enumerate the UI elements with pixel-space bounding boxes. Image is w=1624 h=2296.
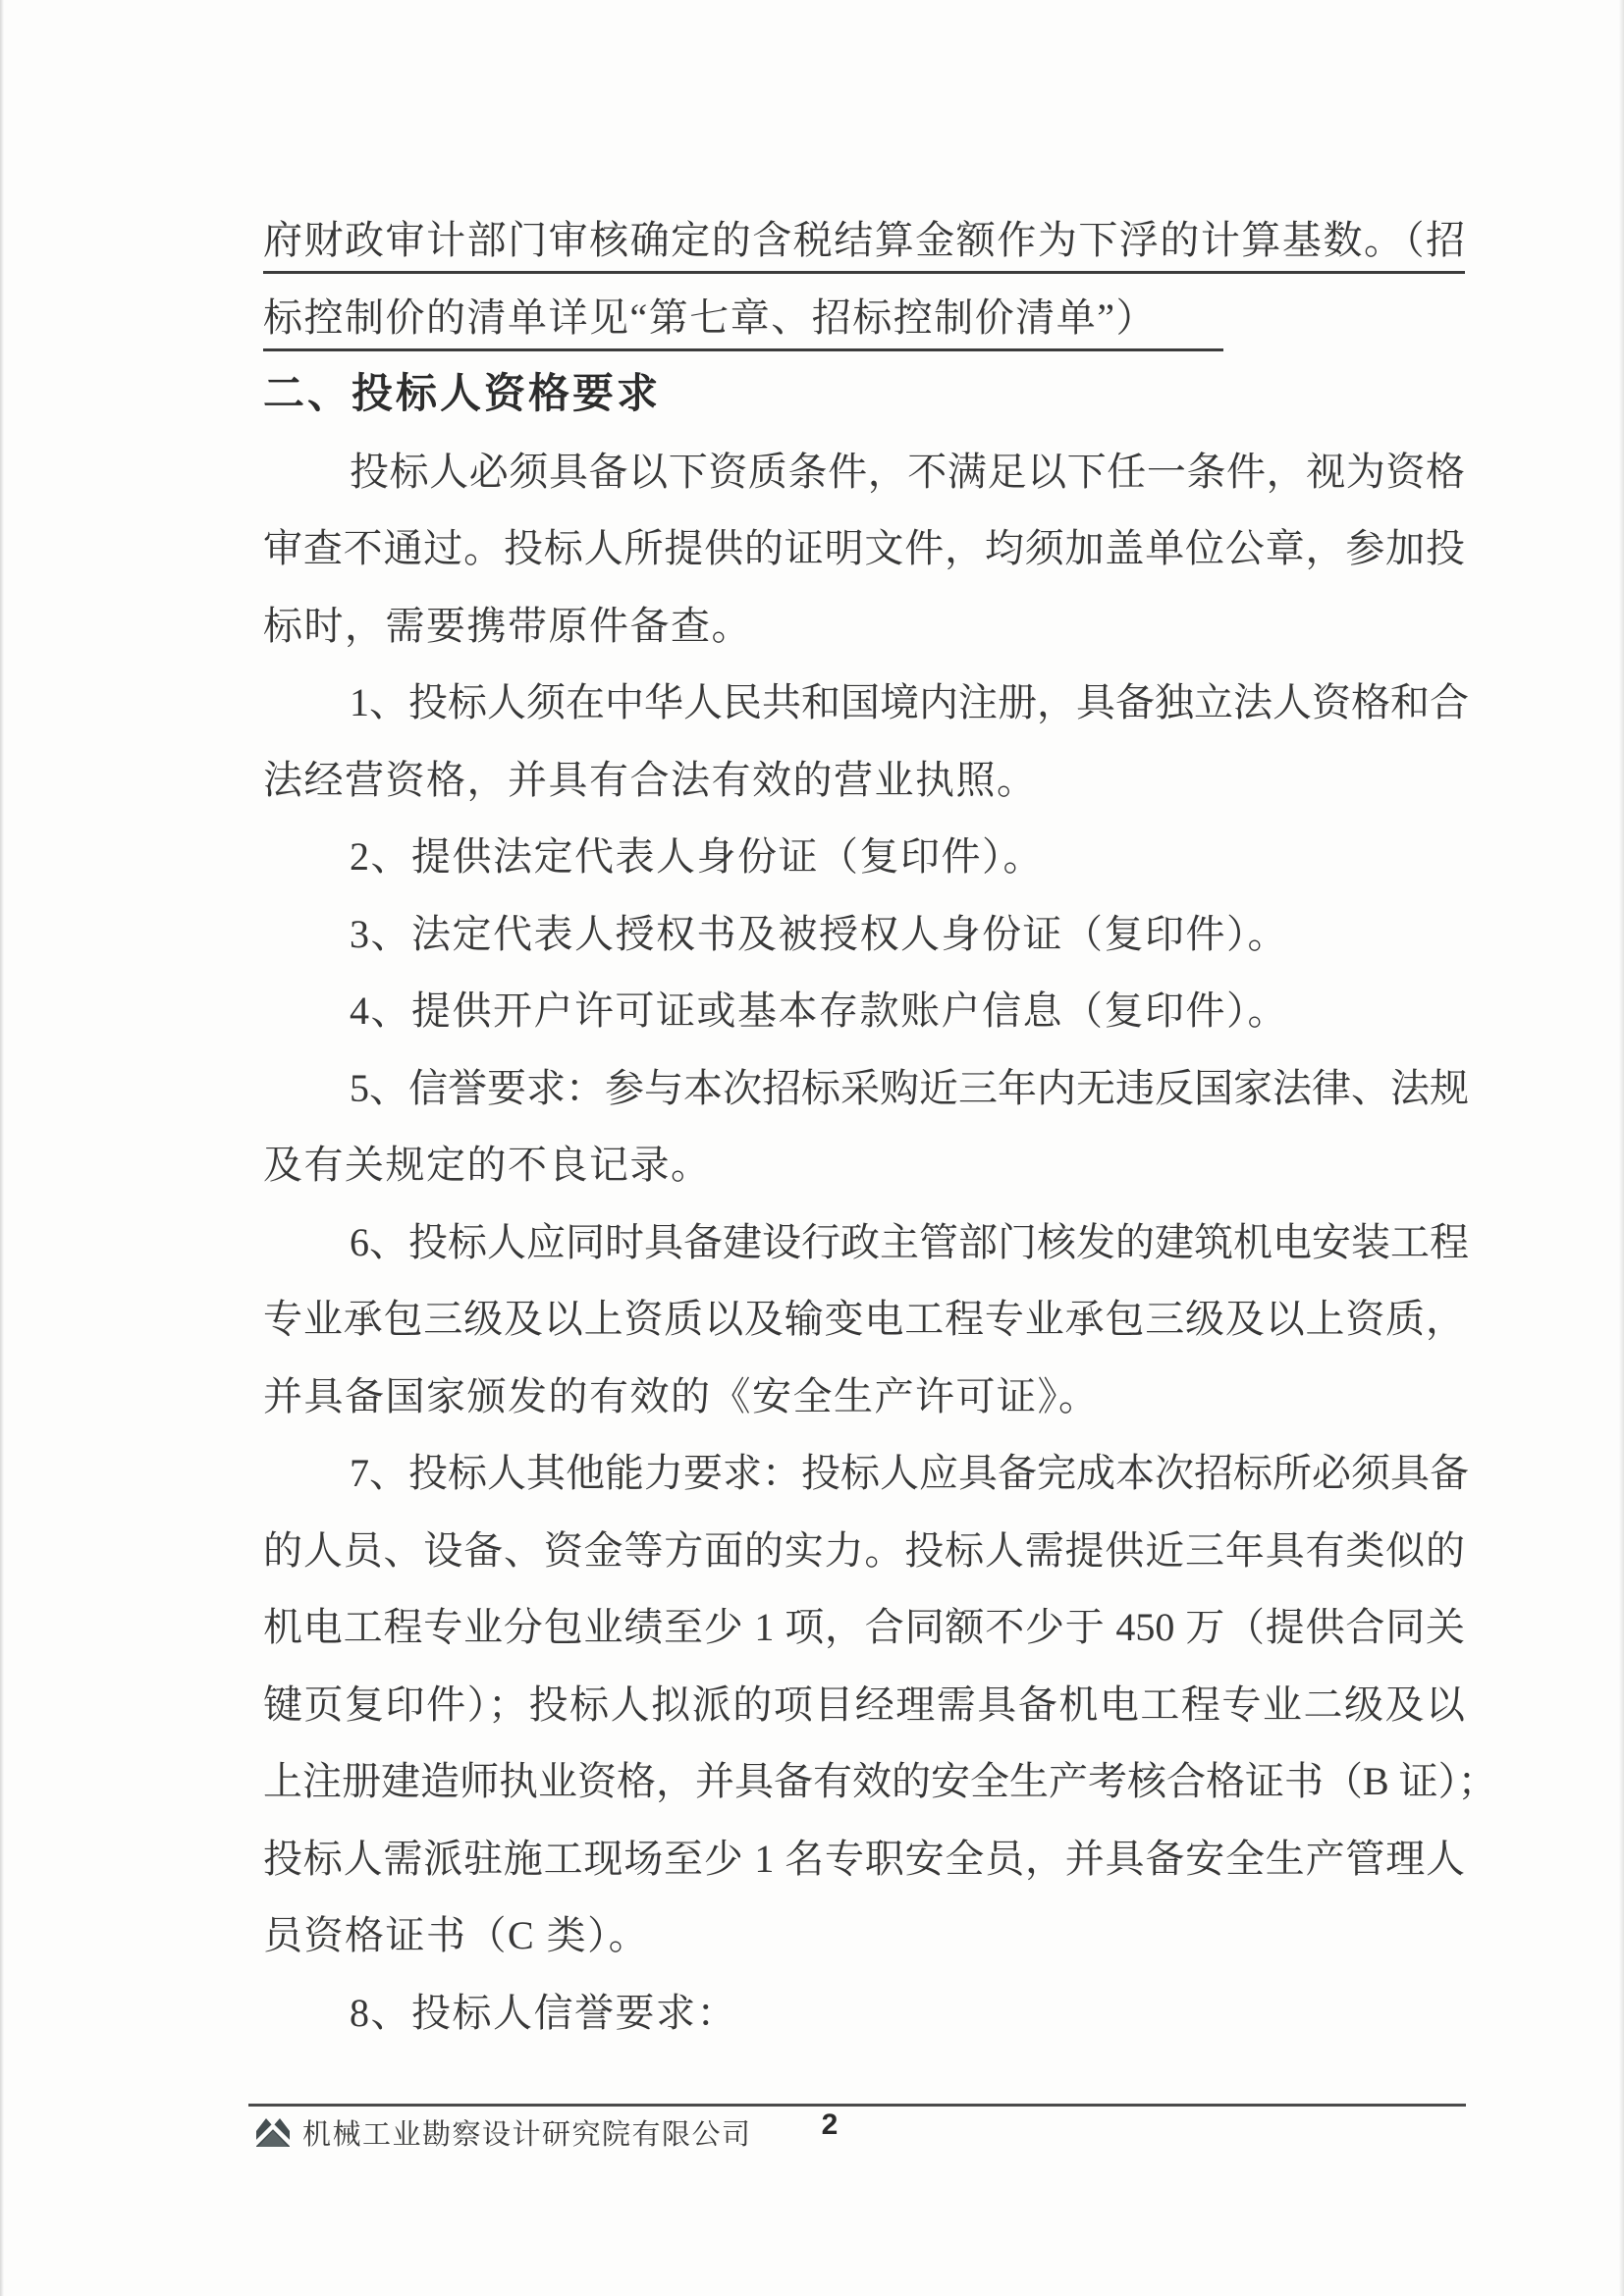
line-text: 审查不通过。投标人所提供的证明文件，均须加盖单位公章，参加投 [263,525,1465,572]
text-line: 并具备国家颁发的有效的《安全生产许可证》。 [263,1356,1465,1433]
line-text: 并具备国家颁发的有效的《安全生产许可证》。 [263,1373,1100,1420]
line-text: 专业承包三级及以上资质以及输变电工程专业承包三级及以上资质， [263,1296,1465,1343]
text-line-item-2: 2、提供法定代表人身份证（复印件）。 [263,816,1465,893]
line-text: 投标人必须具备以下资质条件，不满足以下任一条件，视为资格 [350,449,1465,496]
line-text: 键页复印件）；投标人拟派的项目经理需具备机电工程专业二级及以 [263,1682,1465,1729]
line-text: 机电工程专业分包业绩至少 1 项，合同额不少于 450 万（提供合同关 [263,1604,1465,1651]
text-line-item-3: 3、法定代表人授权书及被授权人身份证（复印件）。 [263,893,1465,971]
line-text: 3、法定代表人授权书及被授权人身份证（复印件）。 [350,911,1288,958]
document-text-block: 府财政审计部门审核确定的含税结算金额作为下浮的计算基数。（招 标控制价的清单详见… [263,199,1465,2049]
text-line-item-5: 5、信誉要求：参与本次招标采购近三年内无违反国家法律、法规 [263,1047,1465,1125]
line-text: 1、投标人须在中华人民共和国境内注册，具备独立法人资格和合 [350,679,1465,726]
line-text: 标控制价的清单详见“第七章、招标控制价清单”） [263,294,1223,351]
line-text: 府财政审计部门审核确定的含税结算金额作为下浮的计算基数。（招 [263,217,1465,274]
mountain-logo-icon [253,2115,293,2151]
page-footer: 机械工业勘察设计研究院有限公司 [253,2112,752,2153]
line-text: 2、提供法定代表人身份证（复印件）。 [350,833,1044,881]
text-line: 标时，需要携带原件备查。 [263,585,1465,663]
line-text: 7、投标人其他能力要求：投标人应具备完成本次招标所必须具备 [350,1450,1465,1497]
text-line-item-6: 6、投标人应同时具备建设行政主管部门核发的建筑机电安装工程 [263,1201,1465,1279]
heading-text: 二、投标人资格要求 [263,371,661,418]
text-line: 及有关规定的不良记录。 [263,1124,1465,1201]
line-text: 员资格证书（C 类）。 [263,1912,649,1959]
text-line: 审查不通过。投标人所提供的证明文件，均须加盖单位公章，参加投 [263,507,1465,585]
text-line-item-1: 1、投标人须在中华人民共和国境内注册，具备独立法人资格和合 [263,662,1465,739]
line-text: 6、投标人应同时具备建设行政主管部门核发的建筑机电安装工程 [350,1219,1465,1266]
line-text: 4、提供开户许可证或基本存款账户信息（复印件）。 [350,988,1288,1035]
text-line: 专业承包三级及以上资质以及输变电工程专业承包三级及以上资质， [263,1278,1465,1356]
text-line-item-7: 7、投标人其他能力要求：投标人应具备完成本次招标所必须具备 [263,1432,1465,1510]
document-page: 府财政审计部门审核确定的含税结算金额作为下浮的计算基数。（招 标控制价的清单详见… [0,0,1624,2296]
scan-edge-right [1619,0,1624,2296]
text-line: 法经营资格，并具有合法有效的营业执照。 [263,739,1465,817]
scan-edge-left [0,0,4,2296]
text-line: 键页复印件）；投标人拟派的项目经理需具备机电工程专业二级及以 [263,1664,1465,1741]
line-text: 5、信誉要求：参与本次招标采购近三年内无违反国家法律、法规 [350,1065,1465,1112]
text-line: 员资格证书（C 类）。 [263,1895,1465,1972]
text-line: 投标人必须具备以下资质条件，不满足以下任一条件，视为资格 [263,431,1465,508]
text-line-item-4: 4、提供开户许可证或基本存款账户信息（复印件）。 [263,970,1465,1047]
footer-divider [248,2104,1466,2107]
line-text: 及有关规定的不良记录。 [263,1142,712,1189]
underlined-text-line: 标控制价的清单详见“第七章、招标控制价清单”） [263,277,1465,354]
line-text: 上注册建造师执业资格，并具备有效的安全生产考核合格证书（B 证）； [263,1758,1465,1805]
line-text: 法经营资格，并具有合法有效的营业执照。 [263,757,1038,804]
underlined-text-line: 府财政审计部门审核确定的含税结算金额作为下浮的计算基数。（招 [263,199,1465,277]
text-line-item-8: 8、投标人信誉要求： [263,1972,1465,2050]
text-line: 上注册建造师执业资格，并具备有效的安全生产考核合格证书（B 证）； [263,1740,1465,1818]
page-number: 2 [822,2109,839,2142]
section-heading-bidder-qualifications: 二、投标人资格要求 [263,353,1465,431]
line-text: 投标人需派驻施工现场至少 1 名专职安全员，并具备安全生产管理人 [263,1836,1465,1883]
footer-company-name: 机械工业勘察设计研究院有限公司 [302,2112,752,2153]
text-line: 的人员、设备、资金等方面的实力。投标人需提供近三年具有类似的 [263,1510,1465,1587]
line-text: 8、投标人信誉要求： [350,1990,737,2037]
text-line: 机电工程专业分包业绩至少 1 项，合同额不少于 450 万（提供合同关 [263,1586,1465,1664]
text-line: 投标人需派驻施工现场至少 1 名专职安全员，并具备安全生产管理人 [263,1818,1465,1896]
line-text: 的人员、设备、资金等方面的实力。投标人需提供近三年具有类似的 [263,1527,1465,1575]
line-text: 标时，需要携带原件备查。 [263,603,752,650]
